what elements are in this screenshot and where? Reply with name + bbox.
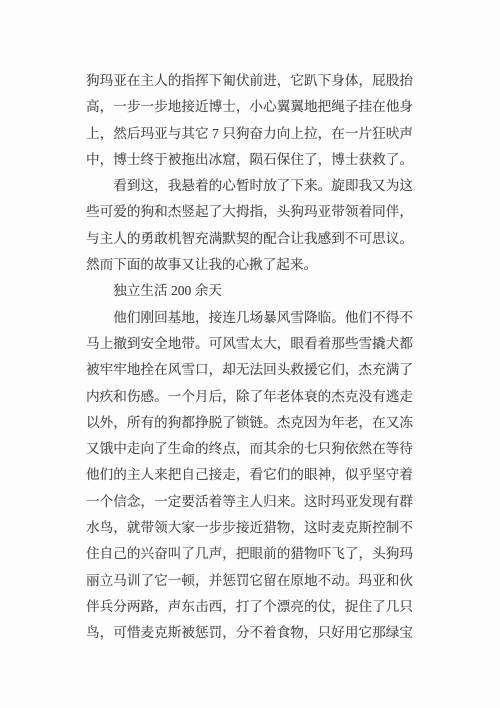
text-line: 然而下面的故事又让我的心揪了起来。 — [86, 252, 413, 278]
text-line: 上，然后玛亚与其它 7 只狗奋力向上拉，在一片狂吠声 — [86, 121, 413, 147]
text-line: 住自己的兴奋叫了几声，把眼前的猎物吓飞了，头狗玛 — [86, 541, 413, 567]
text-line: 狗玛亚在主人的指挥下匍伏前进，它趴下身体，屁股抬 — [86, 68, 413, 94]
paragraph-subtitle: 独立生活 200 余天 — [86, 278, 413, 304]
text-line: 马上撤到安全地带。可风雪太大，眼看着那些雪撬犬都 — [86, 331, 413, 357]
paragraph: 他们刚回基地，接连几场暴风雪降临。他们不得不 马上撤到安全地带。可风雪太大，眼看… — [86, 305, 413, 647]
text-line: 内疚和伤感。一个月后，除了年老体衰的杰克没有逃走 — [86, 384, 413, 410]
text-line: 中，博士终于被拖出冰窟，陨石保住了，博士获救了。 — [86, 147, 413, 173]
text-line: 与主人的勇敢机智充满默契的配合让我感到不可思议。 — [86, 226, 413, 252]
text-line: 被牢牢地拴在风雪口，却无法回头救援它们，杰充满了 — [86, 357, 413, 383]
paragraph-continuation: 狗玛亚在主人的指挥下匍伏前进，它趴下身体，屁股抬 高，一步一步地接近博士，小心翼… — [86, 68, 413, 173]
text-line: 高，一步一步地接近博士，小心翼翼地把绳子挂在他身 — [86, 94, 413, 120]
text-line: 又饿中走向了生命的终点，而其余的七只狗依然在等待 — [86, 436, 413, 462]
text-line: 以外，所有的狗都挣脱了锁链。杰克因为年老，在又冻 — [86, 410, 413, 436]
document-page: 狗玛亚在主人的指挥下匍伏前进，它趴下身体，屁股抬 高，一步一步地接近博士，小心翼… — [0, 0, 500, 708]
text-line: 伴兵分两路，声东击西，打了个漂亮的仗，捉住了几只 — [86, 594, 413, 620]
subtitle-line: 独立生活 200 余天 — [86, 278, 413, 304]
text-line: 他们刚回基地，接连几场暴风雪降临。他们不得不 — [86, 305, 413, 331]
text-line: 看到这，我悬着的心暂时放了下来。旋即我又为这 — [86, 173, 413, 199]
paragraph: 看到这，我悬着的心暂时放了下来。旋即我又为这 些可爱的狗和杰竖起了大拇指，头狗玛… — [86, 173, 413, 278]
text-block: 狗玛亚在主人的指挥下匍伏前进，它趴下身体，屁股抬 高，一步一步地接近博士，小心翼… — [86, 68, 413, 647]
text-line: 些可爱的狗和杰竖起了大拇指，头狗玛亚带领着同伴， — [86, 199, 413, 225]
text-line: 丽立马训了它一顿，并惩罚它留在原地不动。玛亚和伙 — [86, 568, 413, 594]
text-line: 鸟，可惜麦克斯被惩罚，分不着食物，只好用它那绿宝 — [86, 620, 413, 646]
text-line: 一个信念，一定要活着等主人归来。这时玛亚发现有群 — [86, 489, 413, 515]
text-line: 水鸟，就带领大家一步步接近猎物，这时麦克斯控制不 — [86, 515, 413, 541]
text-line: 他们的主人来把自己接走，看它们的眼神，似乎坚守着 — [86, 462, 413, 488]
